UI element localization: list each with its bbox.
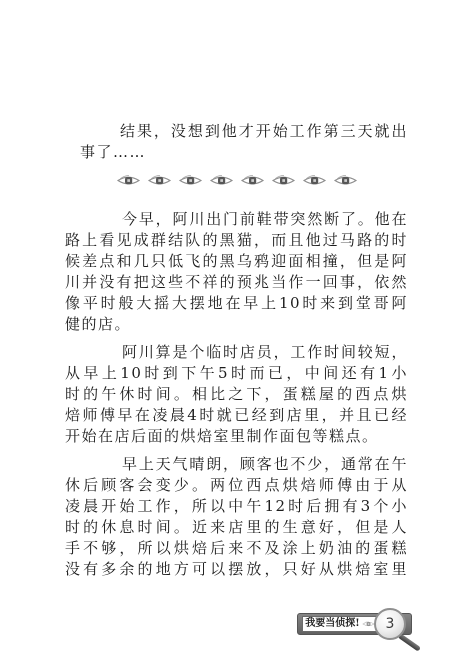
text-line: 凌晨开始工作，所以中午12时后拥有3个小 [65,496,408,517]
magnifier-page-badge: 3 [374,608,406,640]
body-paragraph-group: 今早，阿川出门前鞋带突然断了。他在路上看见成群结队的黑猫，而且他过马路的时候差点… [65,209,408,580]
text-line: 事了…… [80,142,408,163]
eye-icon [334,173,357,188]
eye-icon [148,173,171,188]
page-number: 3 [386,617,395,631]
text-line: 没有多余的地方可以摆放，只好从烘焙室里 [65,559,408,580]
eye-icon [210,173,233,188]
text-line: 川并没有把这些不祥的预兆当作一回事，依然 [65,272,408,293]
eye-icon [117,173,140,188]
text-line: 休后顾客会变少。两位西点烘焙师傅由于从 [65,475,408,496]
eye-ornament-row [65,173,408,188]
text-line: 早上天气晴朗，顾客也不少，通常在午 [65,454,408,475]
text-line: 今早，阿川出门前鞋带突然断了。他在 [65,209,408,230]
text-line: 从早上10时到下午5时而已，中间还有1小 [65,363,408,384]
paragraph: 早上天气晴朗，顾客也不少，通常在午休后顾客会变少。两位西点烘焙师傅由于从凌晨开始… [65,454,408,580]
series-title: 我要当侦探! [305,619,359,629]
text-line: 开始在店后面的烘焙室里制作面包等糕点。 [65,426,408,447]
text-line: 健的店。 [65,314,408,335]
text-line: 焙师傅早在凌晨4时就已经到店里，并且已经 [65,405,408,426]
paragraph: 今早，阿川出门前鞋带突然断了。他在路上看见成群结队的黑猫，而且他过马路的时候差点… [65,209,408,335]
text-line: 候差点和几只低飞的黑乌鸦迎面相撞，但是阿 [65,251,408,272]
opening-paragraph-group: 结果，没想到他才开始工作第三天就出事了…… [65,121,408,163]
text-line: 结果，没想到他才开始工作第三天就出 [80,121,408,142]
book-page: 结果，没想到他才开始工作第三天就出事了…… [0,0,472,662]
magnifier-handle [398,633,421,651]
eye-icon [179,173,202,188]
eye-icon [272,173,295,188]
text-line: 时的休息时间。近来店里的生意好，但是人 [65,517,408,538]
text-line: 时的午休时间。相比之下，蛋糕屋的西点烘 [65,384,408,405]
text-line: 手不够，所以烘焙后来不及涂上奶油的蛋糕 [65,538,408,559]
paragraph: 阿川算是个临时店员，工作时间较短，从早上10时到下午5时而已，中间还有1小时的午… [65,342,408,447]
series-title-box: 我要当侦探! [302,616,378,632]
eye-icon [303,173,326,188]
text-line: 阿川算是个临时店员，工作时间较短， [65,342,408,363]
text-line: 路上看见成群结队的黑猫，而且他过马路的时 [65,230,408,251]
eye-icon [362,620,375,628]
story-text: 结果，没想到他才开始工作第三天就出事了…… [65,121,408,580]
paragraph: 结果，没想到他才开始工作第三天就出事了…… [80,121,408,163]
text-line: 像平时般大摇大摆地在早上10时来到堂哥阿 [65,293,408,314]
eye-icon [241,173,264,188]
